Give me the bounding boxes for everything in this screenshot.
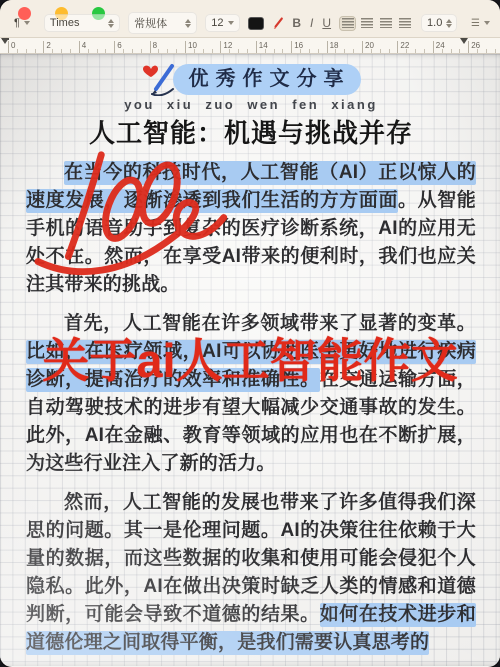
ruler-number: 8 (153, 41, 157, 50)
ruler-minor-tick (495, 49, 496, 53)
ruler[interactable]: 02468101214161820222426 (0, 38, 500, 54)
format-controls: ¶ Times 常规体 12 B I U (8, 12, 496, 34)
ruler-minor-tick (17, 49, 18, 53)
ruler-tick (43, 41, 44, 53)
font-color-swatch[interactable] (248, 17, 263, 30)
ruler-minor-tick (335, 49, 336, 53)
badge-pinyin: you xiu zuo wen fen xiang (124, 97, 378, 112)
ruler-tick (362, 41, 363, 53)
ruler-minor-tick (274, 49, 275, 53)
header-badge[interactable]: 优秀作文分享 you xiu zuo wen fen xiang (26, 62, 476, 112)
align-left-button[interactable] (339, 16, 356, 31)
ruler-minor-tick (203, 49, 204, 53)
align-center-icon (361, 18, 373, 28)
bold-button[interactable]: B (292, 16, 301, 30)
ruler-minor-tick (353, 49, 354, 53)
ruler-minor-tick (265, 49, 266, 53)
ruler-number: 12 (223, 41, 232, 50)
ruler-minor-tick (318, 49, 319, 53)
ruler-minor-tick (105, 49, 106, 53)
alignment-group (339, 16, 413, 31)
align-right-icon (380, 18, 392, 28)
align-left-icon (342, 18, 354, 28)
ruler-tick (468, 41, 469, 53)
ruler-tick (220, 41, 221, 53)
stepper-icon (108, 19, 114, 28)
chevron-down-icon (24, 21, 30, 25)
ruler-tick (256, 41, 257, 53)
ruler-minor-tick (35, 49, 36, 53)
list-style-dropdown[interactable]: ☰ (465, 15, 496, 32)
stepper-icon (446, 19, 452, 28)
ruler-minor-tick (167, 49, 168, 53)
ruler-number: 2 (46, 41, 50, 50)
italic-button[interactable]: I (310, 16, 313, 30)
ruler-minor-tick (415, 49, 416, 53)
chevron-down-icon (484, 21, 490, 25)
paragraph[interactable]: 首先，人工智能在许多领域带来了显著的变革。比如，在医疗领域，AI可以协助医生更好… (26, 310, 476, 478)
ruler-tick (433, 41, 434, 53)
ruler-minor-tick (70, 49, 71, 53)
ruler-minor-tick (52, 49, 53, 53)
font-family-dropdown[interactable]: Times (44, 14, 120, 32)
pen-heart-icon (142, 62, 180, 96)
align-center-button[interactable] (358, 16, 375, 31)
ruler-minor-tick (88, 49, 89, 53)
ruler-number: 26 (471, 41, 480, 50)
list-icon: ☰ (471, 18, 480, 29)
ruler-tick (150, 41, 151, 53)
align-justify-button[interactable] (396, 16, 413, 31)
ruler-minor-tick (459, 49, 460, 53)
font-style-dropdown[interactable]: 常规体 (128, 12, 197, 34)
highlight-pen-icon[interactable] (272, 16, 284, 30)
ruler-minor-tick (158, 49, 159, 53)
paragraph[interactable]: 然而，人工智能的发展也带来了许多值得我们深思的问题。其一是伦理问题。AI的决策往… (26, 489, 476, 657)
paragraph-style-dropdown[interactable]: ¶ (8, 14, 36, 32)
ruler-minor-tick (132, 49, 133, 53)
font-size-dropdown[interactable]: 12 (205, 14, 240, 32)
ruler-number: 22 (400, 41, 409, 50)
ruler-minor-tick (380, 49, 381, 53)
ruler-minor-tick (309, 49, 310, 53)
ruler-minor-tick (486, 49, 487, 53)
ruler-tick (8, 41, 9, 53)
ruler-minor-tick (300, 49, 301, 53)
ruler-minor-tick (406, 49, 407, 53)
align-justify-icon (399, 18, 411, 28)
ruler-number: 0 (11, 41, 15, 50)
ruler-minor-tick (238, 49, 239, 53)
align-right-button[interactable] (377, 16, 394, 31)
font-size-value: 12 (211, 17, 223, 29)
ruler-minor-tick (451, 49, 452, 53)
document-page: 优秀作文分享 you xiu zuo wen fen xiang 人工智能：机遇… (0, 54, 500, 666)
ruler-number: 6 (117, 41, 121, 50)
ruler-number: 24 (436, 41, 445, 50)
ruler-number: 4 (82, 41, 86, 50)
ruler-minor-tick (371, 49, 372, 53)
toolbar: ¶ Times 常规体 12 B I U (0, 0, 500, 38)
ruler-minor-tick (141, 49, 142, 53)
ruler-minor-tick (97, 49, 98, 53)
ruler-minor-tick (61, 49, 62, 53)
ruler-minor-tick (424, 49, 425, 53)
ruler-minor-tick (212, 49, 213, 53)
paragraph[interactable]: 在当今的科技时代，人工智能（AI）正以惊人的速度发展，逐渐渗透到我们生活的方方面… (26, 159, 476, 299)
badge-title: 优秀作文分享 (173, 64, 361, 95)
ruler-minor-tick (247, 49, 248, 53)
ruler-number: 14 (259, 41, 268, 50)
ruler-minor-tick (26, 49, 27, 53)
ruler-number: 20 (365, 41, 374, 50)
ruler-minor-tick (123, 49, 124, 53)
ruler-tick (291, 41, 292, 53)
body-text: 首先，人工智能在许多领域带来了显著的变革。 (64, 313, 476, 334)
ruler-minor-tick (229, 49, 230, 53)
essay-body: 在当今的科技时代，人工智能（AI）正以惊人的速度发展，逐渐渗透到我们生活的方方面… (26, 159, 476, 657)
essay-title[interactable]: 人工智能：机遇与挑战并存 (26, 116, 476, 150)
ruler-minor-tick (442, 49, 443, 53)
ruler-number: 18 (330, 41, 339, 50)
right-indent-marker[interactable] (460, 38, 468, 44)
ruler-number: 10 (188, 41, 197, 50)
ruler-tick (397, 41, 398, 53)
font-family-value: Times (50, 17, 80, 29)
stepper-icon (185, 19, 191, 28)
underline-button[interactable]: U (322, 16, 331, 30)
ruler-minor-tick (389, 49, 390, 53)
ruler-tick (327, 41, 328, 53)
chevron-down-icon (228, 21, 234, 25)
ruler-minor-tick (477, 49, 478, 53)
app-window: ¶ Times 常规体 12 B I U (0, 0, 500, 667)
ruler-minor-tick (176, 49, 177, 53)
ruler-minor-tick (344, 49, 345, 53)
line-spacing-dropdown[interactable]: 1.0 (421, 14, 457, 32)
ruler-tick (79, 41, 80, 53)
font-style-value: 常规体 (134, 15, 167, 31)
ruler-number: 16 (294, 41, 303, 50)
ruler-minor-tick (194, 49, 195, 53)
paragraph-mark-icon: ¶ (14, 17, 20, 29)
ruler-tick (185, 41, 186, 53)
line-spacing-value: 1.0 (427, 17, 442, 29)
ruler-minor-tick (282, 49, 283, 53)
ruler-tick (114, 41, 115, 53)
